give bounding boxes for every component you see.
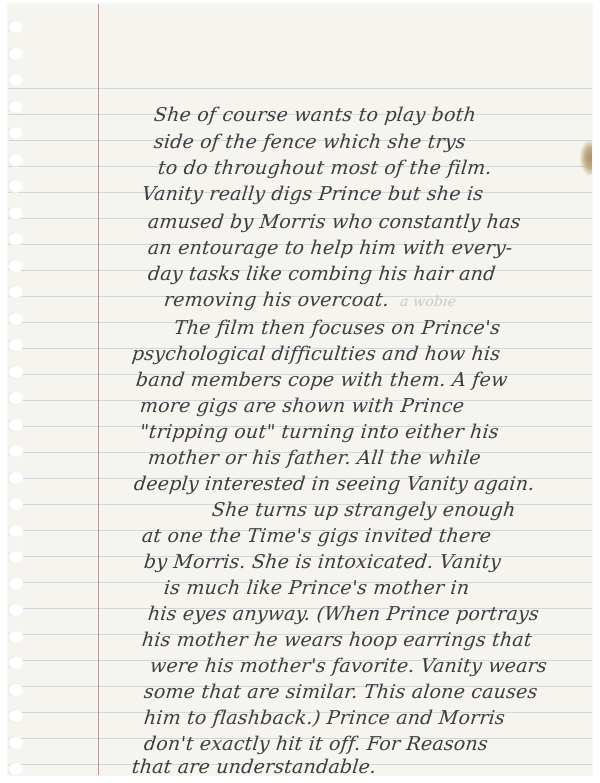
text-line: that are understandable. <box>131 756 378 775</box>
text-line: band members cope with them. A few <box>135 369 509 391</box>
spiral-hole <box>8 683 23 697</box>
spiral-hole <box>8 471 23 485</box>
text-line: amused by Morris who constantly has <box>147 211 522 233</box>
text-line: more gigs are shown with Prince <box>139 395 466 417</box>
text-line: side of the fence which she trys <box>153 131 467 153</box>
spiral-hole <box>8 153 23 167</box>
spiral-hole <box>8 47 23 61</box>
spiral-hole <box>8 338 23 352</box>
margin-line <box>98 4 99 775</box>
spiral-hole <box>8 312 23 326</box>
text-line: don't exactly hit it off. For Reasons <box>143 733 489 755</box>
text-line: his mother he wears hoop earrings that <box>141 629 533 651</box>
spiral-hole <box>8 100 23 114</box>
text-line: day tasks like combing his hair and <box>147 263 497 285</box>
text-line: to do throughout most of the film. <box>157 157 493 179</box>
spiral-hole <box>8 73 23 87</box>
spiral-hole <box>8 20 23 34</box>
spiral-hole <box>8 259 23 273</box>
spiral-hole <box>8 206 23 220</box>
spiral-hole <box>8 736 23 750</box>
rule-line <box>8 88 592 89</box>
spiral-hole <box>8 497 23 511</box>
text-line: Vanity really digs Prince but she is <box>141 183 485 205</box>
text-line: is much like Prince's mother in <box>163 577 471 599</box>
text-line: She of course wants to play both <box>153 104 477 126</box>
spiral-hole <box>8 577 23 591</box>
text-line: him to flashback.) Prince and Morris <box>143 707 506 729</box>
text-line: The film then focuses on Prince's <box>173 317 502 339</box>
text-line: an entourage to help him with every- <box>147 237 514 259</box>
spiral-hole <box>8 524 23 538</box>
text-line: his eyes anyway. (When Prince portrays <box>147 603 540 625</box>
spiral-hole <box>8 365 23 379</box>
text-line: psychological difficulties and how his <box>131 343 502 365</box>
text-line: "tripping out" turning into either his <box>139 421 500 443</box>
text-line: were his mother's favorite. Vanity wears <box>149 655 548 677</box>
spiral-hole <box>8 603 23 617</box>
erased-text: a wobie <box>399 294 457 310</box>
text-line: mother or his father. All the while <box>147 447 482 469</box>
spiral-hole <box>8 709 23 723</box>
spiral-hole <box>8 179 23 193</box>
spiral-hole <box>8 656 23 670</box>
paper-stain <box>580 140 592 176</box>
text-line: She turns up strangely enough <box>211 499 517 521</box>
spiral-hole <box>8 126 23 140</box>
spiral-hole <box>8 391 23 405</box>
text-line: removing his overcoat. <box>163 289 390 311</box>
text-line: some that are similar. This alone causes <box>143 681 539 703</box>
text-line: deeply interested in seeing Vanity again… <box>133 473 536 495</box>
text-line: at one the Time's gigs invited there <box>141 525 492 547</box>
spiral-hole <box>8 444 23 458</box>
spiral-hole <box>8 550 23 564</box>
spiral-hole <box>8 762 23 775</box>
text-line: by Morris. She is intoxicated. Vanity <box>143 551 502 573</box>
spiral-hole <box>8 630 23 644</box>
spiral-hole <box>8 418 23 432</box>
notebook-page: She of course wants to play both side of… <box>8 4 592 775</box>
